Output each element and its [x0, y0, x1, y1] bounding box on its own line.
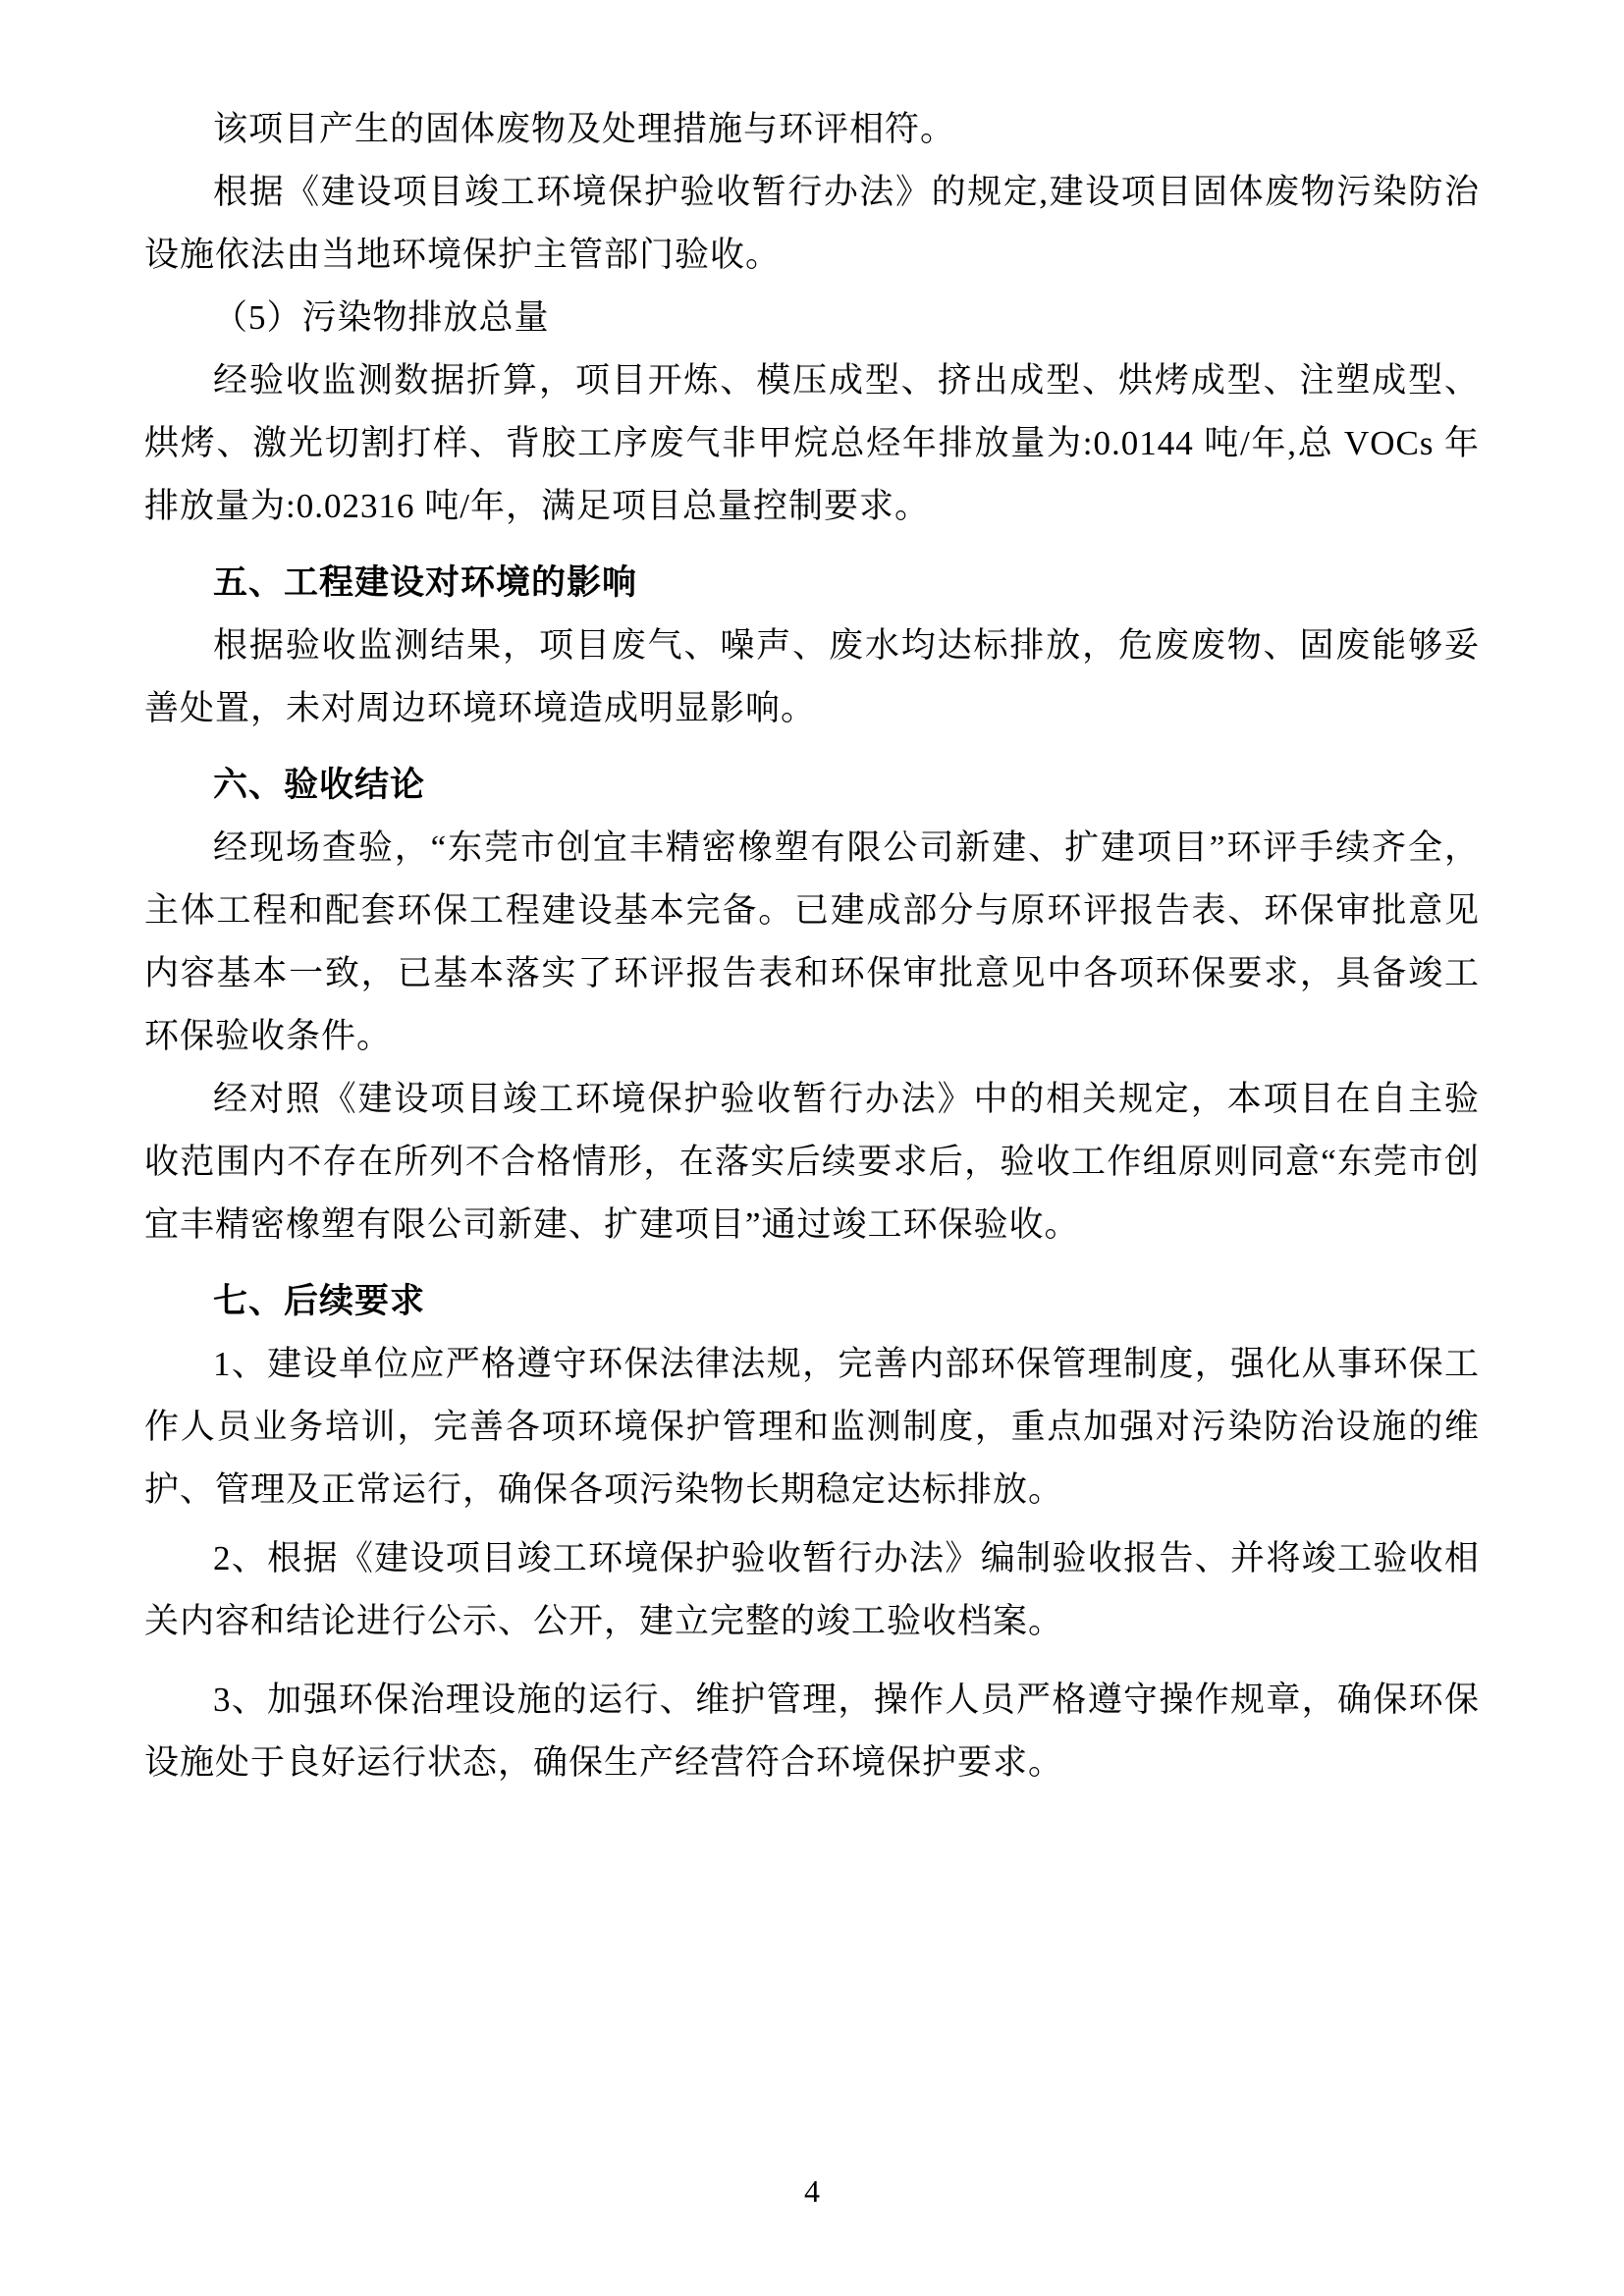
- heading-section-six-acceptance-conclusion: 六、验收结论: [144, 754, 1480, 817]
- page-number: 4: [0, 2171, 1624, 2211]
- paragraph-environment-impact: 根据验收监测结果，项目废气、噪声、废水均达标排放，危废废物、固废能够妥善处置，未…: [144, 614, 1480, 740]
- paragraph-followup-requirement-1: 1、建设单位应严格遵守环保法律法规，完善内部环保管理制度，强化从事环保工作人员业…: [144, 1333, 1480, 1522]
- paragraph-acceptance-inspection: 经现场查验，“东莞市创宜丰精密橡塑有限公司新建、扩建项目”环评手续齐全，主体工程…: [144, 817, 1480, 1068]
- document-body: 该项目产生的固体废物及处理措施与环评相符。 根据《建设项目竣工环境保护验收暂行办…: [144, 98, 1480, 1794]
- paragraph-followup-requirement-3: 3、加强环保治理设施的运行、维护管理，操作人员严格遵守操作规章，确保环保设施处于…: [144, 1669, 1480, 1794]
- heading-section-five-environment-impact: 五、工程建设对环境的影响: [144, 552, 1480, 614]
- paragraph-acceptance-decision: 经对照《建设项目竣工环境保护验收暂行办法》中的相关规定，本项目在自主验收范围内不…: [144, 1068, 1480, 1256]
- heading-section-seven-follow-up: 七、后续要求: [144, 1270, 1480, 1333]
- document-page: 该项目产生的固体废物及处理措施与环评相符。 根据《建设项目竣工环境保护验收暂行办…: [0, 0, 1624, 2296]
- paragraph-emission-totals: 经验收监测数据折算，项目开炼、模压成型、挤出成型、烘烤成型、注塑成型、烘烤、激光…: [144, 349, 1480, 538]
- paragraph-solid-waste-conclusion: 该项目产生的固体废物及处理措施与环评相符。: [144, 98, 1480, 161]
- paragraph-solid-waste-regulation: 根据《建设项目竣工环境保护验收暂行办法》的规定,建设项目固体废物污染防治设施依法…: [144, 161, 1480, 287]
- subheading-pollutant-total-emission: （5）污染物排放总量: [144, 287, 1480, 349]
- paragraph-followup-requirement-2: 2、根据《建设项目竣工环境保护验收暂行办法》编制验收报告、并将竣工验收相关内容和…: [144, 1527, 1480, 1653]
